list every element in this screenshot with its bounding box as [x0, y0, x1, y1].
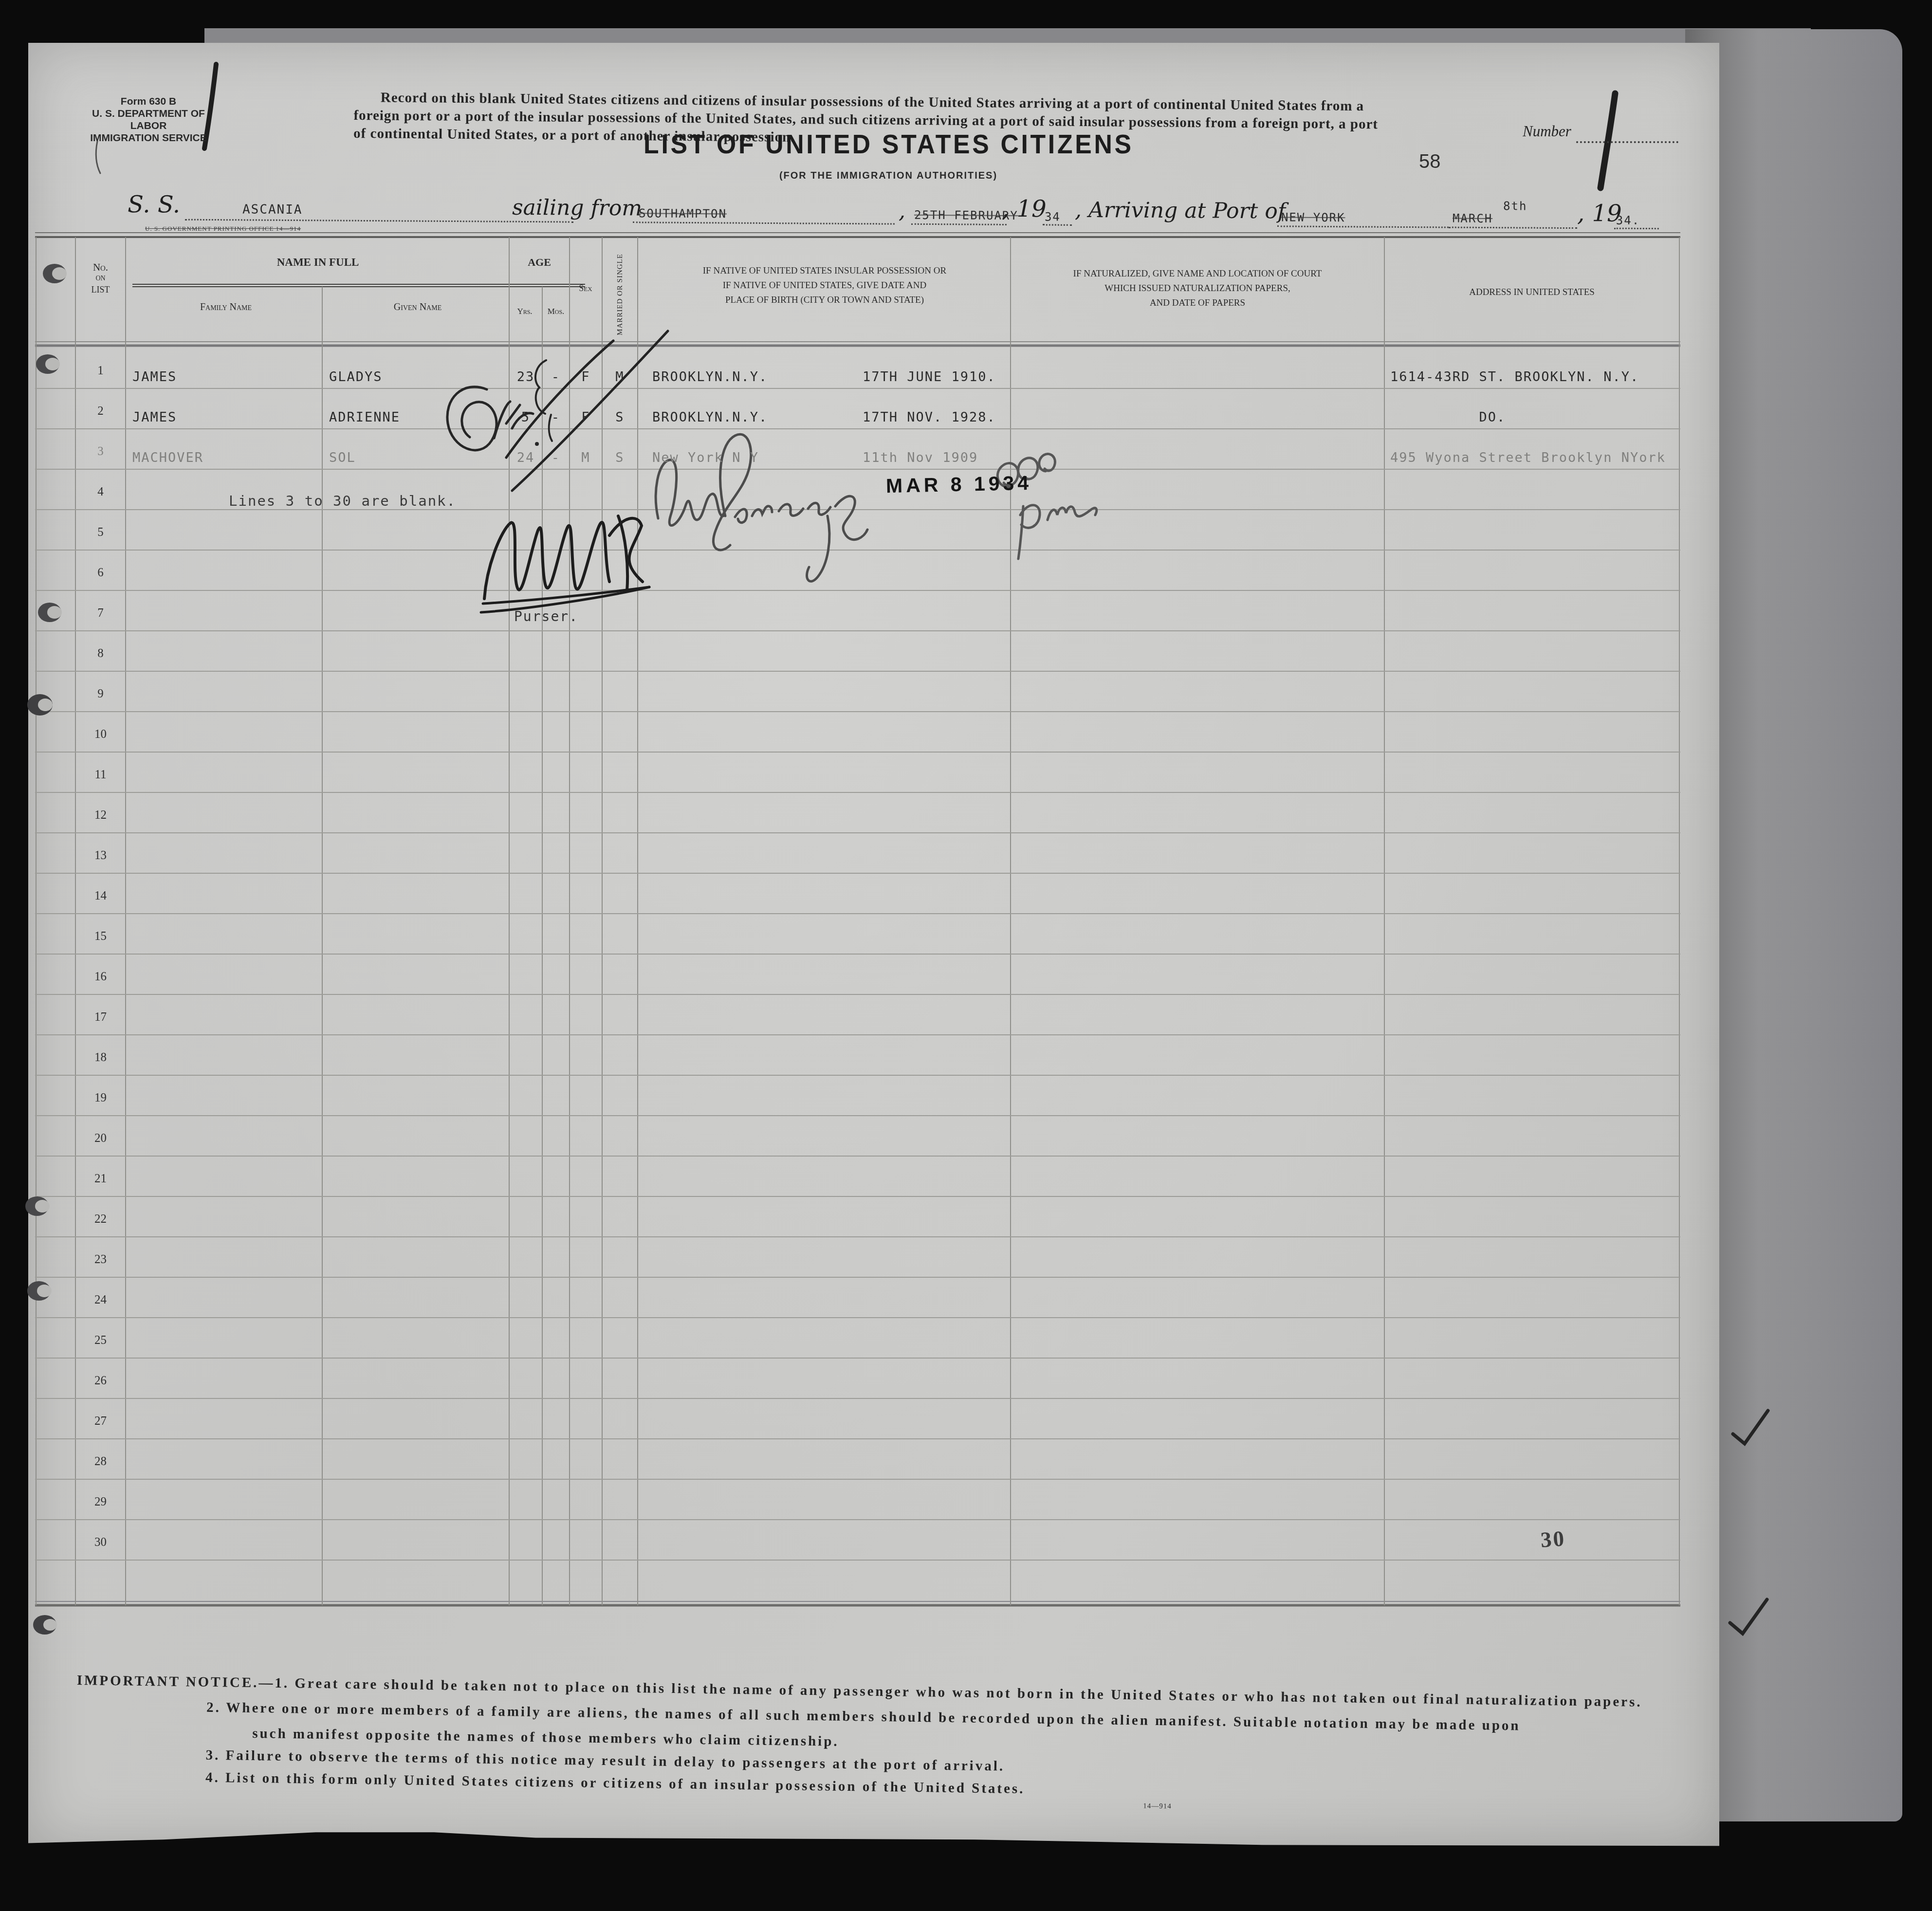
row-number: 22 — [75, 1213, 126, 1226]
comma: , — [899, 199, 905, 223]
header-married-or-single: MARRIED OR SINGLE — [602, 243, 638, 346]
total-count-stamp: 30 — [1540, 1525, 1566, 1552]
cell-married-single: S — [602, 410, 638, 425]
arrival-day: 8th — [1503, 199, 1527, 213]
cell-address: 495 Wyona Street Brooklyn NYork — [1390, 450, 1666, 465]
table-row: 6 — [0, 550, 1684, 590]
table-row: 12 — [0, 792, 1684, 833]
table-row: 22 — [0, 1196, 1684, 1237]
row-number: 1 — [75, 364, 126, 378]
row-number: 20 — [75, 1132, 126, 1145]
row-number: 16 — [75, 970, 126, 984]
header-yrs: Yrs. — [507, 307, 542, 316]
year-19-prefix: , 19 — [1002, 195, 1047, 223]
blank-lines-note: Lines 3 to 30 are blank. — [229, 493, 456, 509]
row-number: 6 — [75, 566, 126, 580]
header-address: ADDRESS IN UNITED STATES — [1389, 287, 1674, 298]
table-row: 15 — [0, 914, 1684, 954]
cell-sex: F — [570, 369, 602, 385]
port-of-departure: SOUTHAMPTON — [639, 206, 727, 220]
scanned-document-page: Form 630 B U. S. DEPARTMENT OF LABOR IMM… — [0, 0, 1932, 1911]
year-rule — [1043, 224, 1072, 225]
table-row: 14 — [0, 873, 1684, 914]
cell-age-yrs: 23 — [509, 369, 542, 385]
row-number: 4 — [75, 485, 126, 499]
row-number: 13 — [75, 849, 126, 863]
table-row: 21 — [0, 1156, 1684, 1196]
cell-birth-date: 11th Nov 1909 — [863, 450, 978, 465]
table-row: 9 — [0, 671, 1684, 712]
table-row: 23 — [0, 1237, 1684, 1277]
row-number: 19 — [75, 1091, 126, 1105]
row-number: 10 — [75, 728, 126, 741]
header-family-name: Family Name — [130, 302, 321, 313]
print-code: 14—914 — [1143, 1802, 1172, 1811]
row-number: 26 — [75, 1374, 126, 1388]
year-19-prefix-2: , 19 — [1577, 200, 1622, 227]
arriving-at-port-label: , Arriving at Port of — [1075, 198, 1286, 224]
table-row: 26 — [0, 1358, 1684, 1398]
row-number: 21 — [75, 1172, 126, 1186]
table-row: 7 — [0, 590, 1684, 631]
cell-birth-place: BROOKLYN.N.Y. — [652, 369, 768, 385]
date-from-rule — [911, 223, 1007, 225]
port-of-arrival: NEW YORK — [1281, 210, 1345, 224]
cell-family-name: JAMES — [132, 369, 177, 385]
row-number: 15 — [75, 930, 126, 943]
header-naturalization: IF NATURALIZED, GIVE NAME AND LOCATION O… — [1015, 267, 1380, 311]
printing-office-note: U. S. GOVERNMENT PRINTING OFFICE 14—914 — [145, 225, 301, 233]
cell-married-single: M — [602, 369, 638, 385]
row-number: 2 — [75, 404, 126, 418]
port-from-rule — [633, 221, 895, 224]
table-row: 20 — [0, 1116, 1684, 1156]
port-to-rule — [1277, 225, 1449, 228]
row-number: 3 — [75, 445, 126, 459]
cell-family-name: JAMES — [132, 410, 177, 425]
cell-age-mos: - — [542, 450, 570, 465]
cell-birth-place: BROOKLYN.N.Y. — [652, 410, 768, 425]
table-row: 29 — [0, 1479, 1684, 1520]
header-age: AGE — [509, 256, 570, 269]
header-mos: Mos. — [542, 307, 570, 316]
cell-age-mos: - — [542, 369, 570, 385]
table-row: 8 — [0, 631, 1684, 671]
header-birth-place: IF NATIVE OF UNITED STATES INSULAR POSSE… — [644, 264, 1006, 308]
ss-label: S. S. — [128, 191, 180, 219]
table-row: 27 — [0, 1398, 1684, 1439]
sailing-from-label: sailing from — [512, 195, 642, 221]
arrival-year-rule — [1614, 228, 1659, 230]
table-row: 19 — [0, 1075, 1684, 1116]
arrival-year: 34. — [1616, 214, 1640, 227]
row-number: 24 — [75, 1293, 126, 1307]
row-number: 27 — [75, 1415, 126, 1428]
row-number: 28 — [75, 1455, 126, 1469]
cell-age-yrs: 5 — [509, 410, 542, 425]
cell-sex: F — [570, 410, 602, 425]
row-number: 8 — [75, 647, 126, 661]
row-number: 30 — [75, 1536, 126, 1549]
cell-address: DO. — [1390, 410, 1506, 425]
row-number: 7 — [75, 606, 126, 620]
arrival-month: MARCH — [1453, 212, 1492, 226]
arrival-date-rule — [1449, 227, 1577, 229]
row-number: 12 — [75, 808, 126, 822]
cell-given-name: GLADYS — [329, 369, 383, 385]
table-row: 5 — [0, 510, 1684, 550]
header-given-name: Given Name — [326, 302, 509, 313]
table-row: 17 — [0, 994, 1684, 1035]
cell-given-name: SOL — [329, 450, 356, 465]
cell-birth-date: 17TH JUNE 1910. — [863, 369, 996, 385]
table-row: 30 — [0, 1520, 1684, 1560]
check-marks — [1730, 1411, 1768, 1634]
table-row: 11 — [0, 752, 1684, 792]
cell-family-name: MACHOVER — [132, 450, 203, 465]
row-number: 23 — [75, 1253, 126, 1267]
arrival-date-stamp: MAR 8 1934 — [886, 472, 1032, 497]
table-row: 2 JAMES ADRIENNE 5 - F S BROOKLYN.N.Y. 1… — [0, 388, 1684, 429]
cell-sex: M — [570, 450, 602, 465]
row-number: 17 — [75, 1011, 126, 1024]
ship-name: ASCANIA — [242, 202, 303, 217]
table-row: 24 — [0, 1277, 1684, 1318]
purser-label: Purser. — [514, 608, 578, 625]
cell-married-single: S — [602, 450, 638, 465]
header-name-in-full: NAME IN FULL — [126, 256, 510, 269]
row-number: 9 — [75, 687, 126, 701]
row-number: 29 — [75, 1495, 126, 1509]
table-row: 28 — [0, 1439, 1684, 1479]
cell-address: 1614-43RD ST. BROOKLYN. N.Y. — [1390, 369, 1639, 385]
table-row: 1 JAMES GLADYS 23 - F M BROOKLYN.N.Y. 17… — [0, 348, 1684, 388]
table-row: 10 — [0, 712, 1684, 752]
cell-given-name: ADRIENNE — [329, 410, 400, 425]
cell-birth-place: New York N Y — [652, 450, 759, 465]
table-row: 16 — [0, 954, 1684, 994]
cell-age-yrs: 24 — [509, 450, 542, 465]
table-row: 25 — [0, 1318, 1684, 1358]
cell-birth-date: 17TH NOV. 1928. — [863, 410, 996, 425]
cell-age-mos: - — [542, 410, 570, 425]
row-number: 25 — [75, 1334, 126, 1347]
header-no-on-list: No. ON LIST — [75, 262, 126, 295]
table-row: 18 — [0, 1035, 1684, 1075]
departure-year: 34 — [1045, 210, 1061, 223]
table-row: 13 — [0, 833, 1684, 873]
row-number: 11 — [75, 768, 126, 782]
row-number: 18 — [75, 1051, 126, 1065]
row-number: 14 — [75, 889, 126, 903]
row-number: 5 — [75, 526, 126, 539]
header-sex: Sex — [569, 283, 603, 294]
table-row: 3 MACHOVER SOL 24 - M S New York N Y 11t… — [0, 429, 1684, 469]
